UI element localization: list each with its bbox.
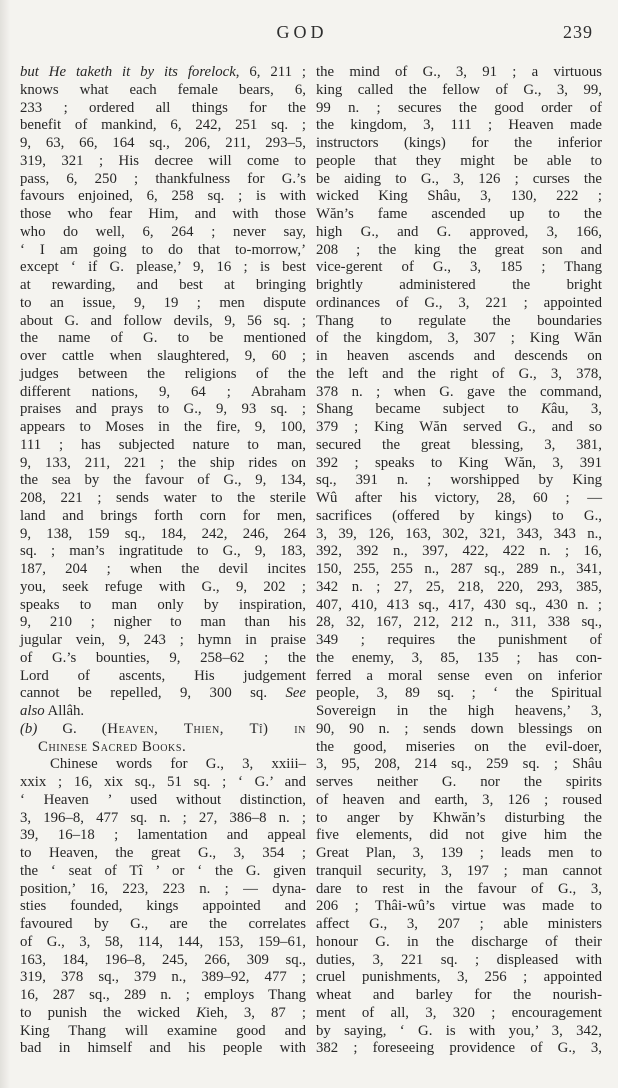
text-line: 163, 184, 196–8, 245, 266, 309 sq., (20, 952, 306, 970)
text-line: speaks to man only by inspiration, (20, 597, 306, 615)
text-line: instructors (kings) for the inferior (316, 135, 602, 153)
text-line: affect G., 3, 207 ; able ministers (316, 916, 602, 934)
text-line: be aiding to G., 3, 126 ; curses the (316, 171, 602, 189)
text-line: the good, miseries on the evil-doer, (316, 739, 602, 757)
text-line: 319, 321 ; His decree will come to (20, 153, 306, 171)
text-line: praises and prays to G., 9, 93 sq. ; (20, 401, 306, 419)
text-line: 206 ; Thâi-wû’s virtue was made to (316, 898, 602, 916)
text-line: pass, 6, 250 ; thankfulness for G.’s (20, 171, 306, 189)
text-line: you, seek refuge with G., 9, 202 ; (20, 579, 306, 597)
text-line: 3, 39, 126, 163, 302, 321, 343, 343 n., (316, 526, 602, 544)
text-line: Shang became subject to Kâu, 3, (316, 401, 602, 419)
text-line: secured the great blessing, 3, 381, (316, 437, 602, 455)
text-line: Chinese Sacred Books. (20, 739, 306, 757)
page-number: 239 (563, 22, 593, 43)
text-line: benefit of mankind, 6, 242, 251 sq. ; (20, 117, 306, 135)
text-line: 379 ; King Wăn served G., and so (316, 419, 602, 437)
text-line: 28, 32, 167, 212, 212 n., 311, 338 sq., (316, 614, 602, 632)
text-line: sq. ; man’s ingratitude to G., 9, 183, (20, 543, 306, 561)
text-line: xxix ; 16, xix sq., 51 sq. ; ‘ G.’ and (20, 774, 306, 792)
text-line: bad in himself and his people with (20, 1040, 306, 1058)
text-line: 378 n. ; when G. gave the command, (316, 384, 602, 402)
text-line: 16, 287 sq., 289 n. ; employs Thang (20, 987, 306, 1005)
running-title: GOD (11, 22, 593, 43)
text-line: five elements, did not give him the (316, 827, 602, 845)
text-line: 233 ; ordered all things for the (20, 100, 306, 118)
text-line: 319, 378 sq., 379 n., 389–92, 477 ; (20, 969, 306, 987)
text-line: 392 ; speaks to King Wăn, 3, 391 (316, 455, 602, 473)
text-line: the sea by the favour of G., 9, 134, (20, 472, 306, 490)
text-line: Thang to regulate the boundaries (316, 313, 602, 331)
text-line: the ‘ seat of Tî ’ or ‘ the G. given (20, 863, 306, 881)
text-line: Lord of ascents, His judgement (20, 668, 306, 686)
text-line: also Allâh. (20, 703, 306, 721)
book-page: GOD 239 but He taketh it by its forelock… (0, 0, 618, 1088)
left-column: but He taketh it by its forelock, 6, 211… (20, 64, 306, 1058)
text-line: Sovereign in the high heavens,’ 3, (316, 703, 602, 721)
text-line: sacrifices (offered by kings) to G., (316, 508, 602, 526)
text-line: Wû after his victory, 28, 60 ; — (316, 490, 602, 508)
text-line: 111 ; has subjected nature to man, (20, 437, 306, 455)
text-line: ‘ Heaven ’ used without distinction, (20, 792, 306, 810)
text-line: to Heaven, the great G., 3, 354 ; (20, 845, 306, 863)
text-line: the mind of G., 3, 91 ; a virtuous (316, 64, 602, 82)
text-line: 90, 90 n. ; sends down blessings on (316, 721, 602, 739)
text-line: high G., and G. approved, 3, 166, (316, 224, 602, 242)
text-line: 9, 63, 66, 164 sq., 206, 211, 293–5, (20, 135, 306, 153)
text-line: serves neither G. nor the spirits (316, 774, 602, 792)
text-line: to an issue, 9, 19 ; men dispute (20, 295, 306, 313)
right-column: the mind of G., 3, 91 ; a virtuousking c… (316, 64, 602, 1058)
text-line: of G., 3, 58, 114, 144, 153, 159–61, (20, 934, 306, 952)
text-line: of heaven and earth, 3, 126 ; roused (316, 792, 602, 810)
text-line: who do well, 6, 264 ; never say, (20, 224, 306, 242)
text-line: to anger by Khwăn’s disturbing the (316, 810, 602, 828)
text-line: king called the fellow of G., 3, 99, (316, 82, 602, 100)
text-line: jugular vein, 9, 243 ; hymn in praise (20, 632, 306, 650)
text-line: favoured by G., are the correlates (20, 916, 306, 934)
text-line: land and brings forth corn for men, (20, 508, 306, 526)
page-header: GOD 239 (20, 22, 602, 44)
text-line: Chinese words for G., 3, xxiii– (20, 756, 306, 774)
text-line: favours enjoined, 6, 258 sq. ; is with (20, 188, 306, 206)
text-line: brightly administered the bright (316, 277, 602, 295)
text-line: about G. and follow devils, 9, 56 sq. ; (20, 313, 306, 331)
text-line: the enemy, 3, 85, 135 ; has con- (316, 650, 602, 668)
text-line: 3, 196–8, 477 sq. n. ; 27, 386–8 n. ; (20, 810, 306, 828)
text-line: vice-gerent of G., 3, 185 ; Thang (316, 259, 602, 277)
text-line: knows what each female bears, 6, (20, 82, 306, 100)
text-line: over cattle when slaughtered, 9, 60 ; (20, 348, 306, 366)
text-line: 9, 133, 211, 221 ; the ship rides on (20, 455, 306, 473)
text-line: 187, 204 ; when the devil incites (20, 561, 306, 579)
text-line: cannot be repelled, 9, 300 sq. See (20, 685, 306, 703)
text-line: 407, 410, 413 sq., 417, 430 sq., 430 n. … (316, 597, 602, 615)
text-line: 3, 95, 208, 214 sq., 259 sq. ; Shâu (316, 756, 602, 774)
text-line: of the kingdom, 3, 307 ; King Wăn (316, 330, 602, 348)
text-line: position,’ 16, 223, 223 n. ; — dyna- (20, 881, 306, 899)
text-line: 392, 392 n., 397, 422, 422 n. ; 16, (316, 543, 602, 561)
text-line: at rewarding, and best at bringing (20, 277, 306, 295)
text-line: by saying, ‘ G. is with you,’ 3, 342, (316, 1023, 602, 1041)
text-line: 99 n. ; secures the good order of (316, 100, 602, 118)
text-line: wheat and barley for the nourish- (316, 987, 602, 1005)
text-line: 9, 210 ; nigher to man than his (20, 614, 306, 632)
text-line: sq., 391 n. ; worshipped by King (316, 472, 602, 490)
text-line: wicked King Shâu, 3, 130, 222 ; (316, 188, 602, 206)
text-line: Great Plan, 3, 139 ; leads men to (316, 845, 602, 863)
text-line: 208 ; the king the great son and (316, 242, 602, 260)
text-line: sties founded, kings appointed and (20, 898, 306, 916)
text-line: 342 n. ; 27, 25, 218, 220, 293, 385, (316, 579, 602, 597)
text-line: to punish the wicked Kieh, 3, 87 ; (20, 1005, 306, 1023)
text-line: cruel punishments, 3, 256 ; appointed (316, 969, 602, 987)
text-line: ferred a moral sense even on inferior (316, 668, 602, 686)
text-line: 349 ; requires the punishment of (316, 632, 602, 650)
text-line: different nations, 9, 64 ; Abraham (20, 384, 306, 402)
text-line: appears to Moses in the fire, 9, 100, (20, 419, 306, 437)
text-line: ment of all, 3, 320 ; encouragement (316, 1005, 602, 1023)
text-line: except ‘ if G. please,’ 9, 16 ; is best (20, 259, 306, 277)
text-line: 9, 138, 159 sq., 184, 242, 246, 264 (20, 526, 306, 544)
text-line: but He taketh it by its forelock, 6, 211… (20, 64, 306, 82)
text-line: in heaven ascends and descends on (316, 348, 602, 366)
text-line: Wăn’s fame ascended up to the (316, 206, 602, 224)
text-line: the left and the right of G., 3, 378, (316, 366, 602, 384)
text-line: 150, 255, 255 n., 287 sq., 289 n., 341, (316, 561, 602, 579)
text-line: ‘ I am going to do that to-morrow,’ (20, 242, 306, 260)
text-line: the name of G. to be mentioned (20, 330, 306, 348)
text-line: King Thang will examine good and (20, 1023, 306, 1041)
text-line: (b) G. (Heaven, Thien, Tî) in (20, 721, 306, 739)
text-columns: but He taketh it by its forelock, 6, 211… (20, 64, 602, 1058)
text-line: judges between the religions of the (20, 366, 306, 384)
text-line: people, 3, 89 sq. ; ‘ the Spiritual (316, 685, 602, 703)
text-line: duties, 3, 221 sq. ; displeased with (316, 952, 602, 970)
text-line: honour G. in the discharge of their (316, 934, 602, 952)
text-line: 208, 221 ; sends water to the sterile (20, 490, 306, 508)
text-line: the kingdom, 3, 111 ; Heaven made (316, 117, 602, 135)
scan-edge-shadow (0, 0, 10, 1088)
text-line: dare to rest in the favour of G., 3, (316, 881, 602, 899)
text-line: tranquil security, 3, 197 ; man cannot (316, 863, 602, 881)
text-line: 39, 16–18 ; lamentation and appeal (20, 827, 306, 845)
text-line: ordinances of G., 3, 221 ; appointed (316, 295, 602, 313)
text-line: people that they might be able to (316, 153, 602, 171)
text-line: 382 ; foreseeing providence of G., 3, (316, 1040, 602, 1058)
text-line: of G.’s bounties, 9, 258–62 ; the (20, 650, 306, 668)
text-line: those who fear Him, and with those (20, 206, 306, 224)
